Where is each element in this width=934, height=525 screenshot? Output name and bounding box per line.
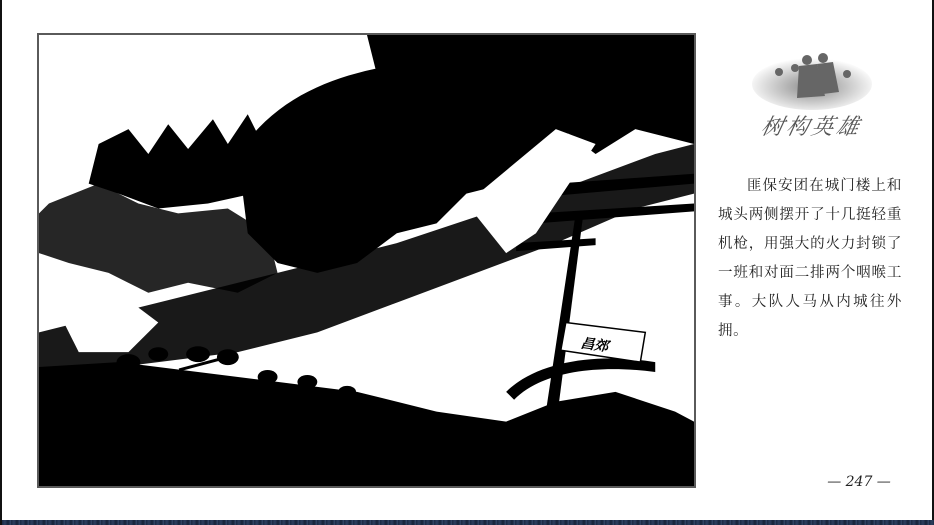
- battle-illustration: 昌郊: [37, 33, 696, 488]
- section-logo: 树构英雄: [747, 48, 877, 148]
- ink-drawing: 昌郊: [39, 35, 694, 486]
- book-page: 昌郊 树构英雄 匪保安团在城门楼上和城头两侧摆: [0, 0, 934, 525]
- bottom-edge-band: [2, 520, 934, 525]
- illustration-caption: 匪保安团在城门楼上和城头两侧摆开了十几挺轻重机枪，用强大的火力封锁了一班和对面二…: [718, 172, 902, 346]
- soldiers-vignette-icon: [747, 48, 877, 110]
- section-title: 树构英雄: [744, 110, 881, 141]
- hanging-sign: 昌郊: [561, 322, 645, 362]
- page-number: — 247 —: [814, 474, 904, 490]
